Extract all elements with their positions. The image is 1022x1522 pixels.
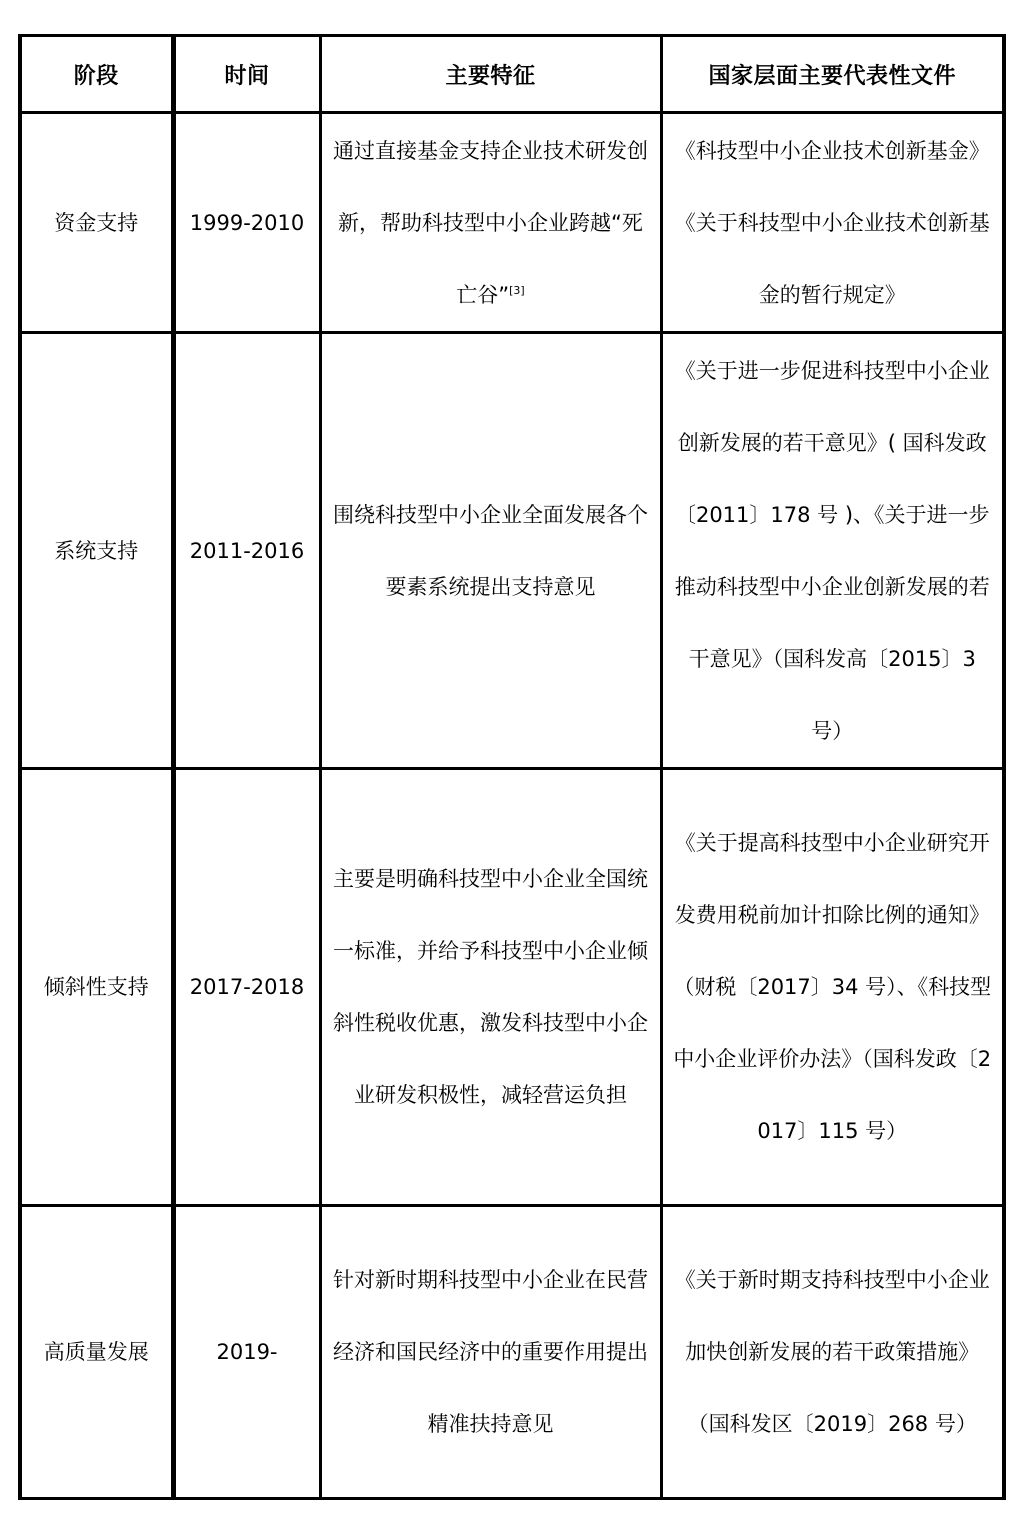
documents-text: 《科技型中小企业技术创新基金》《关于科技型中小企业技术创新基金的暂行规定》: [673, 115, 993, 331]
header-main-features: 主要特征: [320, 36, 661, 113]
feature-cell: 主要是明确科技型中小企业全国统一标准，并给予科技型中小企业倾斜性税收优惠，激发科…: [320, 769, 661, 1206]
period-cell: 1999-2010: [173, 113, 320, 333]
period-text: 2019-: [186, 1316, 309, 1388]
feature-body: 通过直接基金支持企业技术研发创新，帮助科技型中小企业跨越“死亡谷”: [333, 139, 648, 307]
feature-text: 通过直接基金支持企业技术研发创新，帮助科技型中小企业跨越“死亡谷”[3]: [332, 115, 650, 331]
header-period: 时间: [173, 36, 320, 113]
citation-reference: [3]: [509, 284, 525, 297]
documents-cell: 《科技型中小企业技术创新基金》《关于科技型中小企业技术创新基金的暂行规定》: [661, 113, 1004, 333]
documents-cell: 《关于提高科技型中小企业研究开发费用税前加计扣除比例的通知》（财税〔2017〕3…: [661, 769, 1004, 1206]
stage-text: 高质量发展: [32, 1316, 161, 1388]
period-cell: 2019-: [173, 1206, 320, 1499]
feature-cell: 围绕科技型中小企业全面发展各个要素系统提出支持意见: [320, 333, 661, 769]
stage-cell: 倾斜性支持: [20, 769, 173, 1206]
feature-text: 围绕科技型中小企业全面发展各个要素系统提出支持意见: [332, 479, 650, 623]
stage-cell: 资金支持: [20, 113, 173, 333]
table-row: 倾斜性支持 2017-2018 主要是明确科技型中小企业全国统一标准，并给予科技…: [20, 769, 1004, 1206]
table-header-row: 阶段 时间 主要特征 国家层面主要代表性文件: [20, 36, 1004, 113]
stage-cell: 高质量发展: [20, 1206, 173, 1499]
stage-text: 资金支持: [32, 187, 161, 259]
stage-text: 倾斜性支持: [32, 951, 161, 1023]
documents-cell: 《关于新时期支持科技型中小企业加快创新发展的若干政策措施》（国科发区〔2019〕…: [661, 1206, 1004, 1499]
documents-cell: 《关于进一步促进科技型中小企业创新发展的若干意见》( 国科发政〔2011〕178…: [661, 333, 1004, 769]
feature-cell: 针对新时期科技型中小企业在民营经济和国民经济中的重要作用提出精准扶持意见: [320, 1206, 661, 1499]
header-national-documents: 国家层面主要代表性文件: [661, 36, 1004, 113]
period-cell: 2011-2016: [173, 333, 320, 769]
table-row: 资金支持 1999-2010 通过直接基金支持企业技术研发创新，帮助科技型中小企…: [20, 113, 1004, 333]
policy-stages-table-container: 阶段 时间 主要特征 国家层面主要代表性文件 资金支持 1999-2010 通过…: [18, 34, 1002, 1500]
header-stage: 阶段: [20, 36, 173, 113]
feature-text: 针对新时期科技型中小企业在民营经济和国民经济中的重要作用提出精准扶持意见: [332, 1244, 650, 1460]
documents-text: 《关于新时期支持科技型中小企业加快创新发展的若干政策措施》（国科发区〔2019〕…: [673, 1244, 993, 1460]
period-cell: 2017-2018: [173, 769, 320, 1206]
period-text: 2017-2018: [186, 951, 309, 1023]
policy-stages-table: 阶段 时间 主要特征 国家层面主要代表性文件 资金支持 1999-2010 通过…: [18, 34, 1006, 1500]
documents-text: 《关于进一步促进科技型中小企业创新发展的若干意见》( 国科发政〔2011〕178…: [673, 335, 993, 767]
table-row: 高质量发展 2019- 针对新时期科技型中小企业在民营经济和国民经济中的重要作用…: [20, 1206, 1004, 1499]
stage-text: 系统支持: [32, 515, 161, 587]
period-text: 1999-2010: [186, 187, 309, 259]
table-row: 系统支持 2011-2016 围绕科技型中小企业全面发展各个要素系统提出支持意见…: [20, 333, 1004, 769]
period-text: 2011-2016: [186, 515, 309, 587]
documents-text: 《关于提高科技型中小企业研究开发费用税前加计扣除比例的通知》（财税〔2017〕3…: [673, 807, 993, 1167]
feature-cell: 通过直接基金支持企业技术研发创新，帮助科技型中小企业跨越“死亡谷”[3]: [320, 113, 661, 333]
feature-text: 主要是明确科技型中小企业全国统一标准，并给予科技型中小企业倾斜性税收优惠，激发科…: [332, 843, 650, 1131]
stage-cell: 系统支持: [20, 333, 173, 769]
